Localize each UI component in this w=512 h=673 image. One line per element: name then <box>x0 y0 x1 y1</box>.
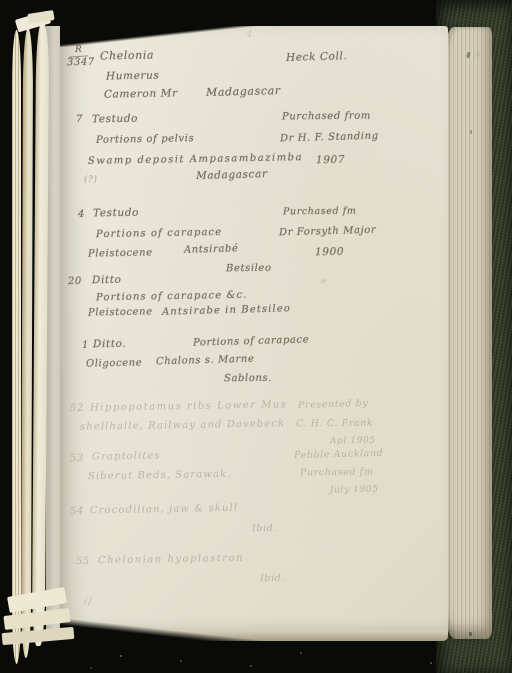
entry1-part: Humerus <box>106 71 160 82</box>
entry6-acquisition: Presented by <box>298 399 369 410</box>
entry6-number: 52 <box>70 404 84 414</box>
entry4-number: 20 <box>68 277 82 287</box>
entry5-number: 1 <box>82 341 89 351</box>
entry3-acquisition: Purchased fm <box>283 207 357 217</box>
entry1-collection: Heck Coll. <box>286 51 348 63</box>
entry2-locality: Madagascar <box>196 169 268 181</box>
entry1-taxon: Chelonia <box>100 50 154 62</box>
fore-edge-speck <box>469 632 472 636</box>
page-bottom-shadow <box>56 618 286 644</box>
entry6-donor: C. H. C. Frank <box>296 419 373 429</box>
entry7-description: Graptolites <box>92 451 161 462</box>
entry7-number: 53 <box>70 454 84 464</box>
entry5-taxon: Ditto. <box>93 339 126 350</box>
entry8-number: 54 <box>70 507 84 517</box>
top-pencil-mark: 4 <box>245 31 253 41</box>
entry3-locality2: Betsileo <box>226 264 272 274</box>
entry9-number: 55 <box>76 557 90 567</box>
entry3-year: 1900 <box>315 247 344 258</box>
left-page-edge <box>12 30 21 664</box>
entry4-horizon: Pleistocene <box>88 307 153 318</box>
entry1-reg-prefix: R <box>75 46 82 55</box>
entry2-query: (?) <box>84 176 98 185</box>
fore-edge-speck <box>470 130 472 134</box>
entry7-date: July 1905 <box>330 486 379 496</box>
page-top-shadow <box>56 24 266 47</box>
entry2-year: 1907 <box>316 155 345 166</box>
entry4-taxon: Ditto <box>92 275 122 286</box>
entry8-reference: Ibid. <box>252 524 277 534</box>
entry2-part: Portions of pelvis <box>96 134 194 146</box>
photo-of-ledger: R 3347 Chelonia Heck Coll. Humerus Camer… <box>0 0 512 673</box>
entry2-acquisition: Purchased from <box>282 112 371 123</box>
entry2-number: 7 <box>76 115 83 125</box>
entry1-donor: Cameron Mr <box>104 88 178 100</box>
entry7-note: Pebble Auckland <box>294 449 384 461</box>
left-page-edge <box>21 28 33 658</box>
entry1-reg-no: 3347 <box>67 58 95 68</box>
entry5-locality2: Sablons. <box>224 374 272 384</box>
entry2-taxon: Testudo <box>92 114 138 125</box>
page-fore-edge <box>444 27 492 639</box>
dust-specks <box>120 655 122 657</box>
entry3-horizon: Pleistocene <box>88 248 153 259</box>
entry9-reference: Ibid. <box>260 574 285 584</box>
entry6-date: Apl 1905 <box>330 437 376 447</box>
fore-edge-folio-number: 9 <box>474 52 480 61</box>
entry3-taxon: Testudo <box>93 208 139 219</box>
entry3-number: 4 <box>78 210 85 220</box>
entry4-ditto-mark: 〃 <box>318 279 328 288</box>
entry5-horizon: Oligocene <box>86 359 142 370</box>
entry1-locality: Madagascar <box>206 85 281 98</box>
entry7-acquisition: Purchased fm <box>300 468 374 478</box>
entry3-locality1: Antsirabé <box>184 244 239 256</box>
